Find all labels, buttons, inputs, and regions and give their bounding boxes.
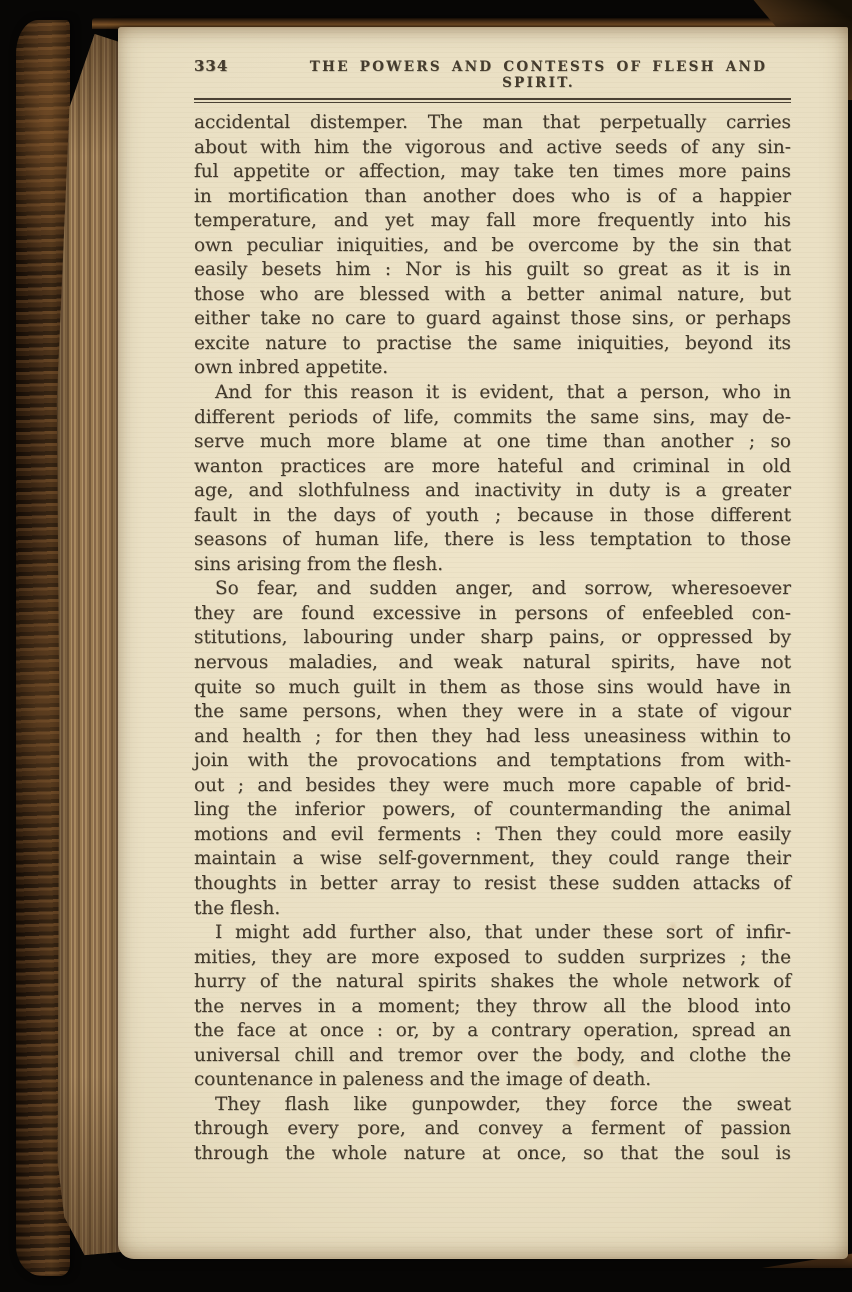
text-line: and health ; for then they had less unea… [194,725,791,750]
running-head: THE POWERS AND CONTESTS OF FLESH AND SPI… [286,59,791,91]
paragraph: They flash like gunpowder, they force th… [194,1093,791,1167]
text-line: in mortification than another does who i… [194,185,791,210]
text-line: stitutions, labouring under sharp pains,… [194,626,791,651]
text-line: excite nature to practise the same iniqu… [194,332,791,357]
book-page: 334 THE POWERS AND CONTESTS OF FLESH AND… [118,27,848,1259]
scan-background: 334 THE POWERS AND CONTESTS OF FLESH AND… [0,0,852,1292]
text-line: accidental distemper. The man that perpe… [194,111,791,136]
page-content: 334 THE POWERS AND CONTESTS OF FLESH AND… [194,57,791,1167]
header-rule [194,98,791,103]
text-line: out ; and besides they were much more ca… [194,774,791,799]
text-line: motions and evil ferments : Then they co… [194,823,791,848]
text-line: own peculiar iniquities, and be overcome… [194,234,791,259]
text-line: mities, they are more exposed to sudden … [194,946,791,971]
text-line: So fear, and sudden anger, and sorrow, w… [194,577,791,602]
text-line: they are found excessive in persons of e… [194,602,791,627]
text-line: They flash like gunpowder, they force th… [194,1093,791,1118]
page-header: 334 THE POWERS AND CONTESTS OF FLESH AND… [194,57,791,91]
text-line: And for this reason it is evident, that … [194,381,791,406]
text-line: ful appetite or affection, may take ten … [194,160,791,185]
text-line: quite so much guilt in them as those sin… [194,676,791,701]
text-line: nervous maladies, and weak natural spiri… [194,651,791,676]
text-line: serve much more blame at one time than a… [194,430,791,455]
text-line: maintain a wise self-government, they co… [194,847,791,872]
text-line: about with him the vigorous and active s… [194,136,791,161]
text-line: hurry of the natural spirits shakes the … [194,970,791,995]
page-body: accidental distemper. The man that perpe… [194,111,791,1167]
text-line: the flesh. [194,897,791,922]
text-line: seasons of human life, there is less tem… [194,528,791,553]
text-line: age, and slothfulness and inactivity in … [194,479,791,504]
text-line: countenance in paleness and the image of… [194,1068,791,1093]
text-line: the same persons, when they were in a st… [194,700,791,725]
text-line: ling the inferior powers, of countermand… [194,798,791,823]
paragraph: And for this reason it is evident, that … [194,381,791,577]
paragraph: accidental distemper. The man that perpe… [194,111,791,381]
text-line: temperature, and yet may fall more frequ… [194,209,791,234]
text-line: easily besets him : Nor is his guilt so … [194,258,791,283]
text-line: I might add further also, that under the… [194,921,791,946]
text-line: through the whole nature at once, so tha… [194,1142,791,1167]
paragraph: So fear, and sudden anger, and sorrow, w… [194,577,791,921]
text-line: the face at once : or, by a contrary ope… [194,1019,791,1044]
text-line: universal chill and tremor over the body… [194,1044,791,1069]
page-number: 334 [194,57,286,75]
text-line: different periods of life, commits the s… [194,406,791,431]
text-line: through every pore, and convey a ferment… [194,1117,791,1142]
text-line: fault in the days of youth ; because in … [194,504,791,529]
paragraph: I might add further also, that under the… [194,921,791,1093]
text-line: those who are blessed with a better anim… [194,283,791,308]
text-line: wanton practices are more hateful and cr… [194,455,791,480]
text-line: sins arising from the flesh. [194,553,791,578]
text-line: thoughts in better array to resist these… [194,872,791,897]
text-line: join with the provocations and temptatio… [194,749,791,774]
text-line: own inbred appetite. [194,356,791,381]
text-line: the nerves in a moment; they throw all t… [194,995,791,1020]
text-line: either take no care to guard against tho… [194,307,791,332]
